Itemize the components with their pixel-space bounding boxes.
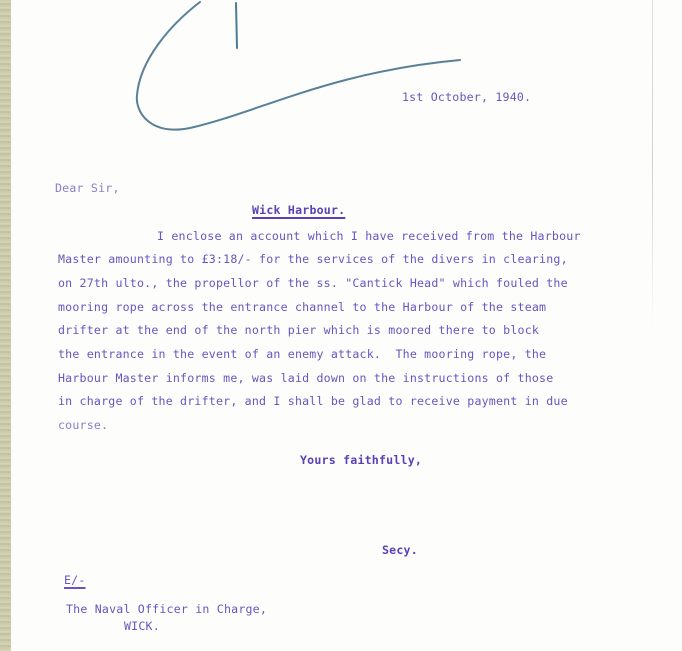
body-line: on 27th ulto., the propellor of the ss. … bbox=[58, 276, 568, 290]
pencil-mark bbox=[0, 0, 682, 140]
signatory: Secy. bbox=[382, 543, 418, 557]
closing: Yours faithfully, bbox=[300, 453, 422, 467]
body-line: the entrance in the event of an enemy at… bbox=[58, 347, 546, 361]
body-line: Master amounting to £3:18/- for the serv… bbox=[58, 252, 568, 266]
salutation: Dear Sir, bbox=[55, 181, 120, 195]
addressee-line-2: WICK. bbox=[124, 619, 160, 633]
body-line: drifter at the end of the north pier whi… bbox=[58, 323, 539, 337]
body-line: Harbour Master informs me, was laid down… bbox=[58, 371, 553, 385]
body-line: mooring rope across the entrance channel… bbox=[58, 300, 546, 314]
body-line: course. bbox=[58, 418, 108, 432]
body-line: in charge of the drifter, and I shall be… bbox=[58, 394, 568, 408]
enclosure-mark: E/- bbox=[64, 573, 86, 587]
subject-heading: Wick Harbour. bbox=[252, 203, 345, 217]
addressee-line-1: The Naval Officer in Charge, bbox=[66, 602, 267, 616]
letter-date: 1st October, 1940. bbox=[402, 90, 531, 104]
body-line: I enclose an account which I have receiv… bbox=[157, 229, 581, 243]
